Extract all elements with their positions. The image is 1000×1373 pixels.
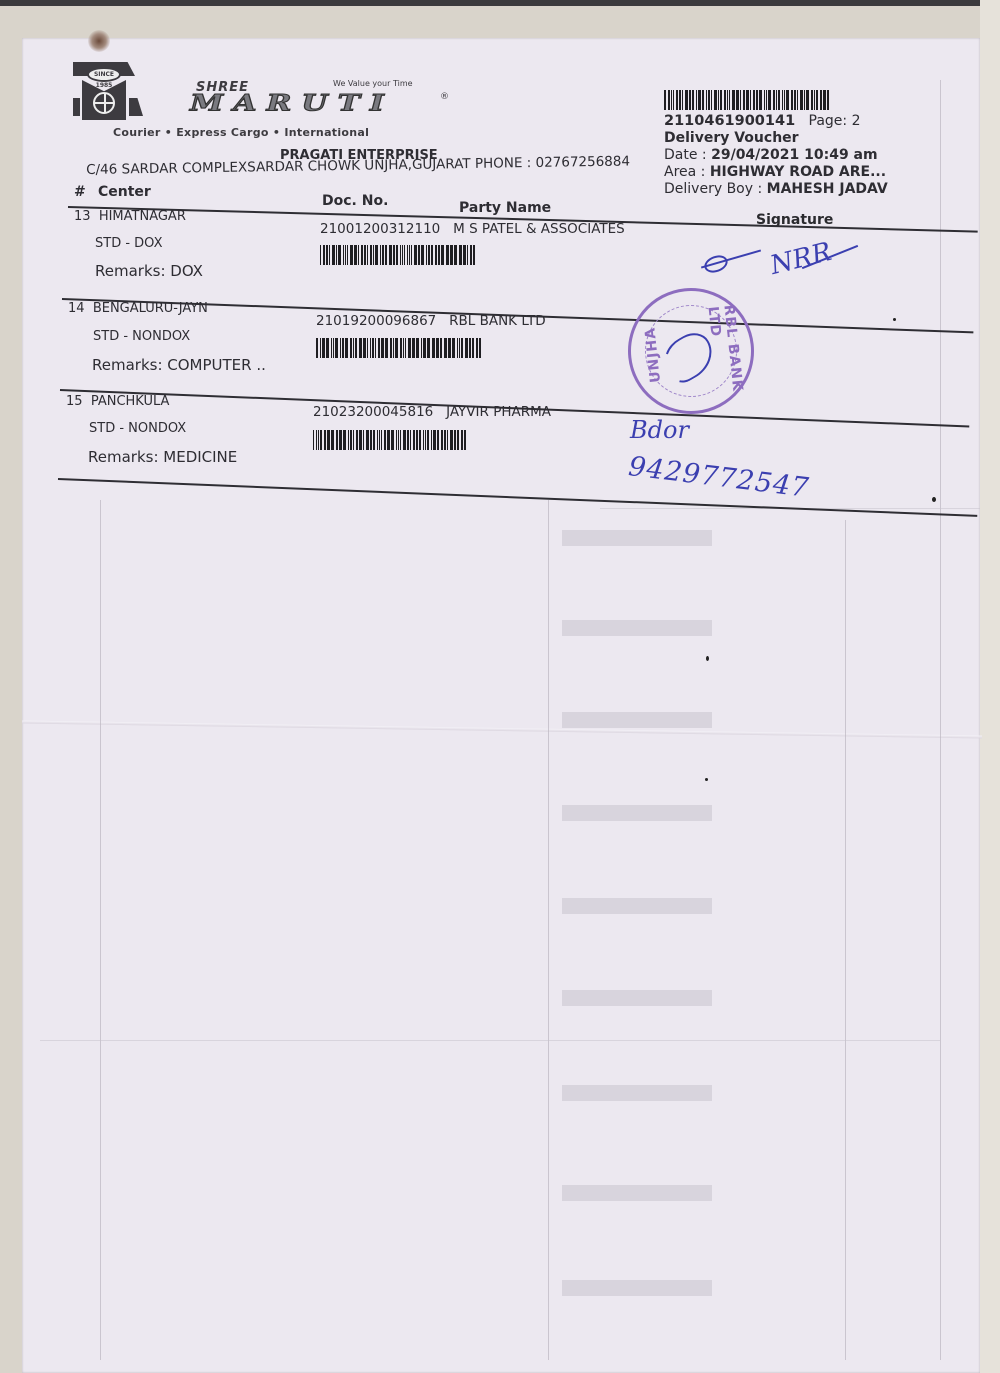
brand-tagline: We Value your Time	[333, 79, 413, 88]
ink-speck	[932, 497, 936, 502]
brand-name: MARUTI	[190, 90, 394, 116]
scan-right-edge	[980, 0, 1000, 1373]
row-14-std: STD - NONDOX	[93, 329, 190, 344]
row-15-center: 15 PANCHKULA	[66, 394, 169, 409]
brand-services: Courier • Express Cargo • International	[113, 126, 369, 139]
ghost-column-line	[845, 520, 846, 1360]
delivery-boy-value: MAHESH JADAV	[767, 181, 888, 197]
row-13-remarks: Remarks: DOX	[95, 262, 203, 280]
ghost-barcode	[562, 1280, 712, 1296]
ghost-column-line	[100, 500, 101, 1360]
row-14-remarks: Remarks: COMPUTER ..	[92, 356, 266, 374]
globe-icon	[93, 92, 115, 114]
ghost-column-line	[940, 80, 941, 1360]
row-14-barcode	[316, 338, 482, 358]
col-header-party-name: Party Name	[459, 200, 551, 216]
col-header-number: #	[74, 184, 86, 200]
logo-bar-right	[129, 98, 143, 116]
ink-speck	[705, 778, 708, 781]
row-15-barcode	[313, 430, 467, 450]
registered-mark-icon: ®	[440, 92, 449, 102]
delivery-voucher-sheet	[22, 38, 980, 1373]
handwritten-signature: Bdor	[630, 416, 689, 444]
row-13-center: 13 HIMATNAGAR	[74, 209, 186, 224]
burn-mark	[88, 30, 110, 52]
date-label: Date :	[664, 147, 707, 163]
logo-bar-left	[73, 98, 80, 116]
row-15-doc-party: 21023200045816 JAYVIR PHARMA	[313, 404, 551, 420]
area-value: HIGHWAY ROAD ARE...	[710, 164, 886, 180]
row-14-doc-party: 21019200096867 RBL BANK LTD	[316, 313, 546, 329]
ghost-barcode	[562, 1185, 712, 1201]
col-header-center: Center	[98, 184, 151, 200]
voucher-info: 2110461900141 Page: 2 Delivery Voucher D…	[664, 113, 888, 198]
company-logo: SINCE 1985	[73, 62, 143, 122]
row-13-std: STD - DOX	[95, 236, 162, 251]
area-label: Area :	[664, 164, 705, 180]
date-value: 29/04/2021 10:49 am	[711, 147, 878, 163]
row-14-center: 14 BENGALURU-JAYN	[68, 301, 208, 316]
ghost-barcode	[562, 990, 712, 1006]
page-number: Page: 2	[809, 113, 861, 129]
ghost-barcode	[562, 898, 712, 914]
ghost-barcode	[562, 620, 712, 636]
ink-speck	[893, 318, 896, 321]
voucher-title: Delivery Voucher	[664, 130, 888, 147]
ghost-barcode	[562, 530, 712, 546]
row-15-remarks: Remarks: MEDICINE	[88, 448, 237, 466]
ghost-barcode	[562, 805, 712, 821]
ghost-barcode	[562, 1085, 712, 1101]
row-15-std: STD - NONDOX	[89, 421, 186, 436]
delivery-boy-label: Delivery Boy :	[664, 181, 762, 197]
logo-badge: SINCE 1985	[87, 67, 121, 82]
ink-speck	[706, 656, 709, 661]
col-header-doc-no: Doc. No.	[322, 193, 388, 209]
scan-top-edge	[0, 0, 1000, 6]
row-13-barcode	[320, 245, 476, 265]
ghost-barcode	[562, 712, 712, 728]
ghost-row-line	[40, 1040, 940, 1041]
voucher-barcode	[664, 90, 831, 110]
ghost-column-line	[548, 500, 549, 1360]
voucher-number: 2110461900141	[664, 113, 795, 129]
row-13-doc-party: 21001200312110 M S PATEL & ASSOCIATES	[320, 221, 625, 237]
